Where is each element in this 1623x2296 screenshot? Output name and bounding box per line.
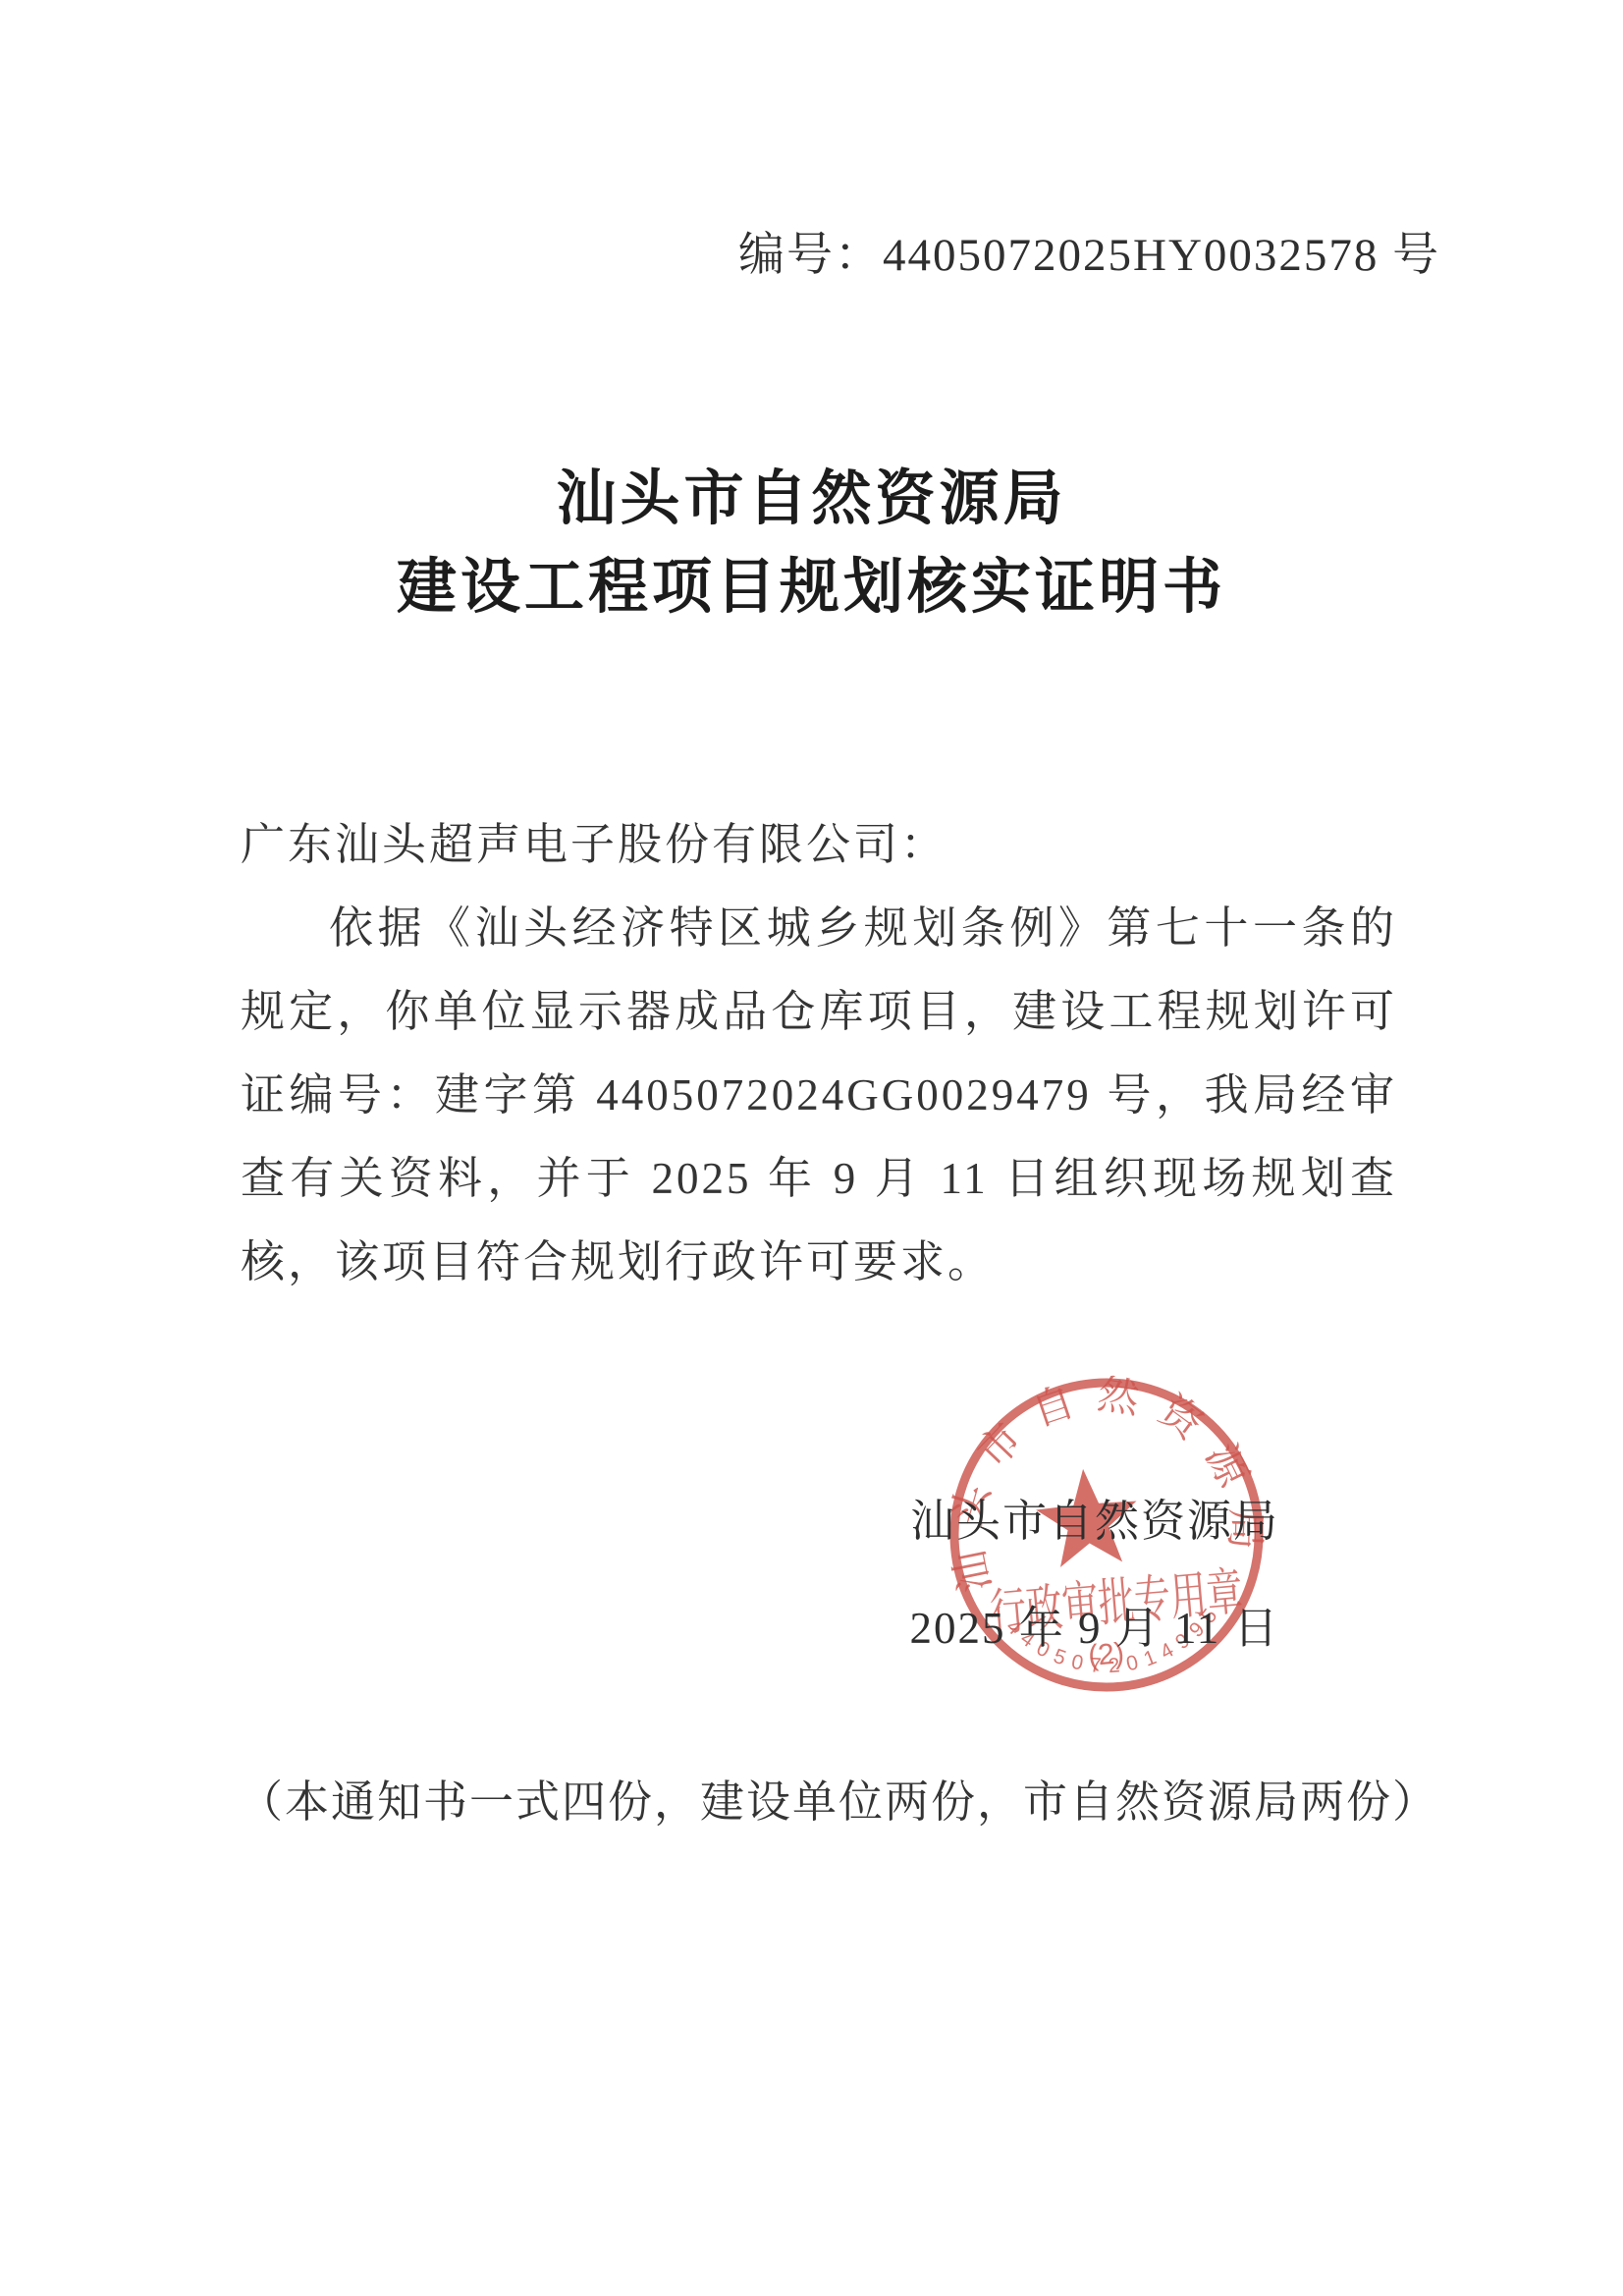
title-line-1: 汕头市自然资源局 (0, 454, 1623, 542)
signature-block: 汕头市自然资源局 2025 年 9 月 11 日 (849, 1485, 1340, 1656)
document-title: 汕头市自然资源局 建设工程项目规划核实证明书 (0, 454, 1623, 630)
signature-date: 2025 年 9 月 11 日 (849, 1592, 1340, 1656)
doc-number: 编号：4405072025HY0032578 号 (738, 218, 1440, 284)
footer-note: （本通知书一式四份，建设单位两份，市自然资源局两份） (239, 1766, 1407, 1830)
title-line-2: 建设工程项目规划核实证明书 (0, 542, 1623, 630)
recipient-line: 广东汕头超声电子股份有限公司： (241, 803, 1397, 887)
body-paragraph: 依据《汕头经济特区城乡规划条例》第七十一条的规定，你单位显示器成品仓库项目，建设… (241, 887, 1397, 1304)
document-body: 广东汕头超声电子股份有限公司： 依据《汕头经济特区城乡规划条例》第七十一条的规定… (241, 803, 1397, 1304)
document-page: 编号：4405072025HY0032578 号 汕头市自然资源局 建设工程项目… (0, 0, 1623, 2296)
signature-org: 汕头市自然资源局 (849, 1485, 1340, 1549)
